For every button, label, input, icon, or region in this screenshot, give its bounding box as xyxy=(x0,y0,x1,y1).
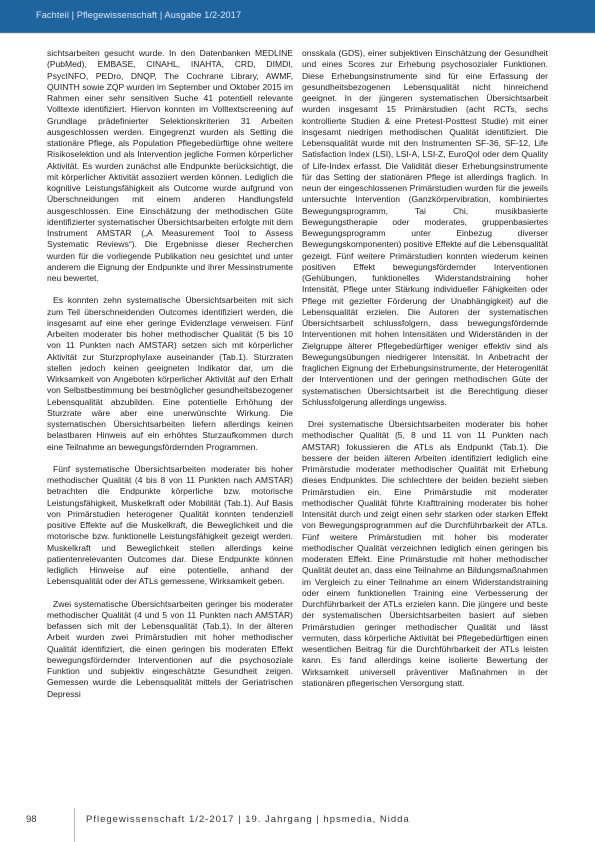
running-header: Fachteil | Pflegewissenschaft | Ausgabe … xyxy=(0,0,595,33)
body-paragraph: Es konnten zehn systematische Übersichts… xyxy=(47,295,293,453)
right-text-column: onsskala (GDS), einer subjektiven Einsch… xyxy=(302,48,548,689)
running-header-title: Fachteil | Pflegewissenschaft | Ausgabe … xyxy=(36,10,241,20)
header-divider xyxy=(0,33,595,34)
footer-citation: Pflegewissenschaft 1/2-2017 | 19. Jahrga… xyxy=(86,814,410,825)
left-text-column: sichtsarbeiten gesucht wurde. In den Dat… xyxy=(47,48,293,700)
page-number: 98 xyxy=(26,814,37,825)
footer-divider xyxy=(74,808,75,842)
body-paragraph: sichtsarbeiten gesucht wurde. In den Dat… xyxy=(47,48,293,284)
body-paragraph: Drei systematische Übersichtsarbeiten mo… xyxy=(302,419,548,689)
body-paragraph: Fünf systematische Übersichtsarbeiten mo… xyxy=(47,464,293,588)
page-footer: 98 Pflegewissenschaft 1/2-2017 | 19. Jah… xyxy=(0,808,595,842)
body-paragraph: onsskala (GDS), einer subjektiven Einsch… xyxy=(302,48,548,408)
body-paragraph: Zwei systematische Übersichtsarbeiten ge… xyxy=(47,599,293,700)
